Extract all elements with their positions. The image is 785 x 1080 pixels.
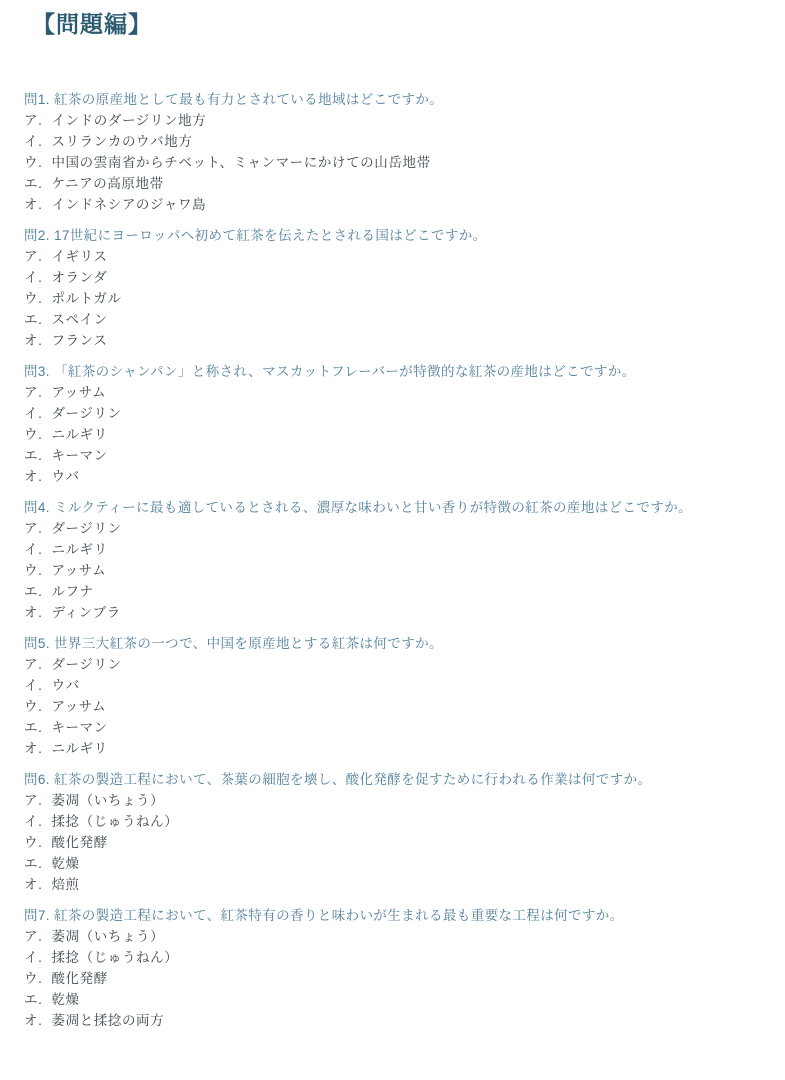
option-text: 酸化発酵 xyxy=(51,971,107,986)
option-label: イ. xyxy=(24,134,42,149)
option-item: エ.ルフナ xyxy=(24,581,745,602)
option-item: エ.乾燥 xyxy=(24,853,745,874)
option-label: オ. xyxy=(24,741,42,756)
option-item: オ.萎凋と揉捻の両方 xyxy=(24,1010,745,1031)
option-text: 乾燥 xyxy=(51,992,79,1007)
option-item: イ.スリランカのウバ地方 xyxy=(24,131,745,152)
option-label: ア. xyxy=(24,929,42,944)
option-label: エ. xyxy=(24,176,42,191)
option-label: エ. xyxy=(24,448,42,463)
option-item: ウ.中国の雲南省からチベット、ミャンマーにかけての山岳地帯 xyxy=(24,152,745,173)
question-number: 問2. xyxy=(24,228,50,243)
options-list: ア.アッサム イ.ダージリン ウ.ニルギリ エ.キーマン オ.ウバ xyxy=(24,382,745,487)
option-item: ア.萎凋（いちょう） xyxy=(24,790,745,811)
option-text: ダージリン xyxy=(51,521,121,536)
option-text: ウバ xyxy=(51,678,79,693)
option-item: イ.揉捻（じゅうねん） xyxy=(24,947,745,968)
option-item: エ.ケニアの高原地帯 xyxy=(24,173,745,194)
option-label: ウ. xyxy=(24,427,42,442)
option-text: ケニアの高原地帯 xyxy=(51,176,163,191)
option-text: 揉捻（じゅうねん） xyxy=(51,950,178,965)
option-text: インドのダージリン地方 xyxy=(51,113,206,128)
question-text: 「紅茶のシャンパン」と称され、マスカットフレーバーが特徴的な紅茶の産地はどこです… xyxy=(54,364,636,379)
question-number: 問3. xyxy=(24,364,50,379)
option-label: ウ. xyxy=(24,563,42,578)
question-number: 問1. xyxy=(24,92,50,107)
question-block: 問5.世界三大紅茶の一つで、中国を原産地とする紅茶は何ですか。 ア.ダージリン … xyxy=(24,633,745,759)
options-list: ア.萎凋（いちょう） イ.揉捻（じゅうねん） ウ.酸化発酵 エ.乾燥 オ.焙煎 xyxy=(24,790,745,895)
option-text: オランダ xyxy=(51,270,107,285)
option-item: イ.オランダ xyxy=(24,267,745,288)
question-heading: 問4.ミルクティーに最も適しているとされる、濃厚な味わいと甘い香りが特徴の紅茶の… xyxy=(24,497,745,518)
option-label: エ. xyxy=(24,992,42,1007)
option-label: エ. xyxy=(24,584,42,599)
option-item: ウ.ニルギリ xyxy=(24,424,745,445)
option-label: オ. xyxy=(24,333,42,348)
questions-list: 問1.紅茶の原産地として最も有力とされている地域はどこですか。 ア.インドのダー… xyxy=(24,89,745,1031)
option-text: キーマン xyxy=(51,720,107,735)
option-item: オ.焙煎 xyxy=(24,874,745,895)
options-list: ア.萎凋（いちょう） イ.揉捻（じゅうねん） ウ.酸化発酵 エ.乾燥 オ.萎凋と… xyxy=(24,926,745,1031)
option-text: アッサム xyxy=(51,385,106,400)
question-heading: 問3.「紅茶のシャンパン」と称され、マスカットフレーバーが特徴的な紅茶の産地はど… xyxy=(24,361,745,382)
option-text: 萎凋と揉捻の両方 xyxy=(51,1013,164,1028)
option-item: エ.キーマン xyxy=(24,717,745,738)
question-text: 紅茶の製造工程において、茶葉の細胞を壊し、酸化発酵を促すために行われる作業は何で… xyxy=(54,772,651,787)
question-block: 問6.紅茶の製造工程において、茶葉の細胞を壊し、酸化発酵を促すために行われる作業… xyxy=(24,769,745,895)
question-text: 17世紀にヨーロッパへ初めて紅茶を伝えたとされる国はどこですか。 xyxy=(54,228,487,243)
option-label: ア. xyxy=(24,521,42,536)
option-item: エ.乾燥 xyxy=(24,989,745,1010)
option-text: スペイン xyxy=(51,312,107,327)
option-label: ア. xyxy=(24,385,42,400)
option-text: アッサム xyxy=(51,563,106,578)
question-block: 問4.ミルクティーに最も適しているとされる、濃厚な味わいと甘い香りが特徴の紅茶の… xyxy=(24,497,745,623)
option-label: エ. xyxy=(24,720,42,735)
question-text: ミルクティーに最も適しているとされる、濃厚な味わいと甘い香りが特徴の紅茶の産地は… xyxy=(54,500,692,515)
option-label: ウ. xyxy=(24,291,42,306)
option-label: イ. xyxy=(24,814,42,829)
option-item: イ.揉捻（じゅうねん） xyxy=(24,811,745,832)
option-label: エ. xyxy=(24,312,42,327)
option-text: 乾燥 xyxy=(51,856,79,871)
option-text: 萎凋（いちょう） xyxy=(51,929,164,944)
question-heading: 問7.紅茶の製造工程において、紅茶特有の香りと味わいが生まれる最も重要な工程は何… xyxy=(24,905,745,926)
question-number: 問6. xyxy=(24,772,50,787)
question-heading: 問2.17世紀にヨーロッパへ初めて紅茶を伝えたとされる国はどこですか。 xyxy=(24,225,745,246)
option-item: エ.キーマン xyxy=(24,445,745,466)
question-heading: 問6.紅茶の製造工程において、茶葉の細胞を壊し、酸化発酵を促すために行われる作業… xyxy=(24,769,745,790)
option-label: ウ. xyxy=(24,699,42,714)
question-heading: 問5.世界三大紅茶の一つで、中国を原産地とする紅茶は何ですか。 xyxy=(24,633,745,654)
option-text: インドネシアのジャワ島 xyxy=(51,197,206,212)
option-text: ダージリン xyxy=(51,406,121,421)
option-item: イ.ニルギリ xyxy=(24,539,745,560)
option-label: ア. xyxy=(24,793,42,808)
option-item: ウ.酸化発酵 xyxy=(24,832,745,853)
option-item: ア.ダージリン xyxy=(24,518,745,539)
option-text: 揉捻（じゅうねん） xyxy=(51,814,178,829)
option-label: オ. xyxy=(24,469,42,484)
option-text: アッサム xyxy=(51,699,106,714)
option-label: ア. xyxy=(24,113,42,128)
option-text: スリランカのウバ地方 xyxy=(51,134,192,149)
options-list: ア.ダージリン イ.ニルギリ ウ.アッサム エ.ルフナ オ.ディンブラ xyxy=(24,518,745,623)
option-label: イ. xyxy=(24,270,42,285)
option-item: オ.ニルギリ xyxy=(24,738,745,759)
option-label: オ. xyxy=(24,605,42,620)
question-number: 問7. xyxy=(24,908,50,923)
question-block: 問3.「紅茶のシャンパン」と称され、マスカットフレーバーが特徴的な紅茶の産地はど… xyxy=(24,361,745,487)
option-item: ウ.酸化発酵 xyxy=(24,968,745,989)
option-text: ルフナ xyxy=(51,584,93,599)
option-item: ア.イギリス xyxy=(24,246,745,267)
option-text: 中国の雲南省からチベット、ミャンマーにかけての山岳地帯 xyxy=(51,155,430,170)
option-item: ア.アッサム xyxy=(24,382,745,403)
option-item: ウ.アッサム xyxy=(24,560,745,581)
option-label: エ. xyxy=(24,856,42,871)
option-label: イ. xyxy=(24,678,42,693)
option-label: ウ. xyxy=(24,971,42,986)
option-text: ニルギリ xyxy=(51,427,107,442)
option-item: ア.インドのダージリン地方 xyxy=(24,110,745,131)
option-text: キーマン xyxy=(51,448,107,463)
option-label: オ. xyxy=(24,1013,42,1028)
option-item: ウ.ポルトガル xyxy=(24,288,745,309)
option-text: 萎凋（いちょう） xyxy=(51,793,164,808)
option-text: イギリス xyxy=(51,249,107,264)
option-label: イ. xyxy=(24,950,42,965)
option-item: イ.ダージリン xyxy=(24,403,745,424)
question-block: 問2.17世紀にヨーロッパへ初めて紅茶を伝えたとされる国はどこですか。 ア.イギ… xyxy=(24,225,745,351)
option-text: フランス xyxy=(51,333,107,348)
option-item: オ.ウバ xyxy=(24,466,745,487)
question-number: 問5. xyxy=(24,636,50,651)
option-item: オ.ディンブラ xyxy=(24,602,745,623)
option-item: ア.萎凋（いちょう） xyxy=(24,926,745,947)
option-label: イ. xyxy=(24,542,42,557)
question-text: 紅茶の原産地として最も有力とされている地域はどこですか。 xyxy=(54,92,443,107)
question-number: 問4. xyxy=(24,500,50,515)
option-text: ニルギリ xyxy=(51,542,107,557)
option-label: イ. xyxy=(24,406,42,421)
option-item: イ.ウバ xyxy=(24,675,745,696)
option-label: ア. xyxy=(24,657,42,672)
option-label: ア. xyxy=(24,249,42,264)
option-item: オ.インドネシアのジャワ島 xyxy=(24,194,745,215)
option-label: オ. xyxy=(24,197,42,212)
question-text: 世界三大紅茶の一つで、中国を原産地とする紅茶は何ですか。 xyxy=(54,636,443,651)
option-text: ウバ xyxy=(51,469,79,484)
question-text: 紅茶の製造工程において、紅茶特有の香りと味わいが生まれる最も重要な工程は何ですか… xyxy=(54,908,624,923)
options-list: ア.イギリス イ.オランダ ウ.ポルトガル エ.スペイン オ.フランス xyxy=(24,246,745,351)
option-item: ウ.アッサム xyxy=(24,696,745,717)
document-page: 【問題編】 問1.紅茶の原産地として最も有力とされている地域はどこですか。 ア.… xyxy=(0,0,785,1080)
option-item: オ.フランス xyxy=(24,330,745,351)
option-text: 焙煎 xyxy=(51,877,79,892)
question-block: 問1.紅茶の原産地として最も有力とされている地域はどこですか。 ア.インドのダー… xyxy=(24,89,745,215)
option-item: ア.ダージリン xyxy=(24,654,745,675)
option-text: ニルギリ xyxy=(51,741,107,756)
question-block: 問7.紅茶の製造工程において、紅茶特有の香りと味わいが生まれる最も重要な工程は何… xyxy=(24,905,745,1031)
page-title: 【問題編】 xyxy=(32,6,745,39)
option-item: エ.スペイン xyxy=(24,309,745,330)
option-label: ウ. xyxy=(24,155,42,170)
options-list: ア.インドのダージリン地方 イ.スリランカのウバ地方 ウ.中国の雲南省からチベッ… xyxy=(24,110,745,215)
question-heading: 問1.紅茶の原産地として最も有力とされている地域はどこですか。 xyxy=(24,89,745,110)
options-list: ア.ダージリン イ.ウバ ウ.アッサム エ.キーマン オ.ニルギリ xyxy=(24,654,745,759)
option-text: ダージリン xyxy=(51,657,121,672)
option-text: ディンブラ xyxy=(51,605,120,620)
option-text: 酸化発酵 xyxy=(51,835,107,850)
option-label: オ. xyxy=(24,877,42,892)
option-label: ウ. xyxy=(24,835,42,850)
option-text: ポルトガル xyxy=(51,291,121,306)
